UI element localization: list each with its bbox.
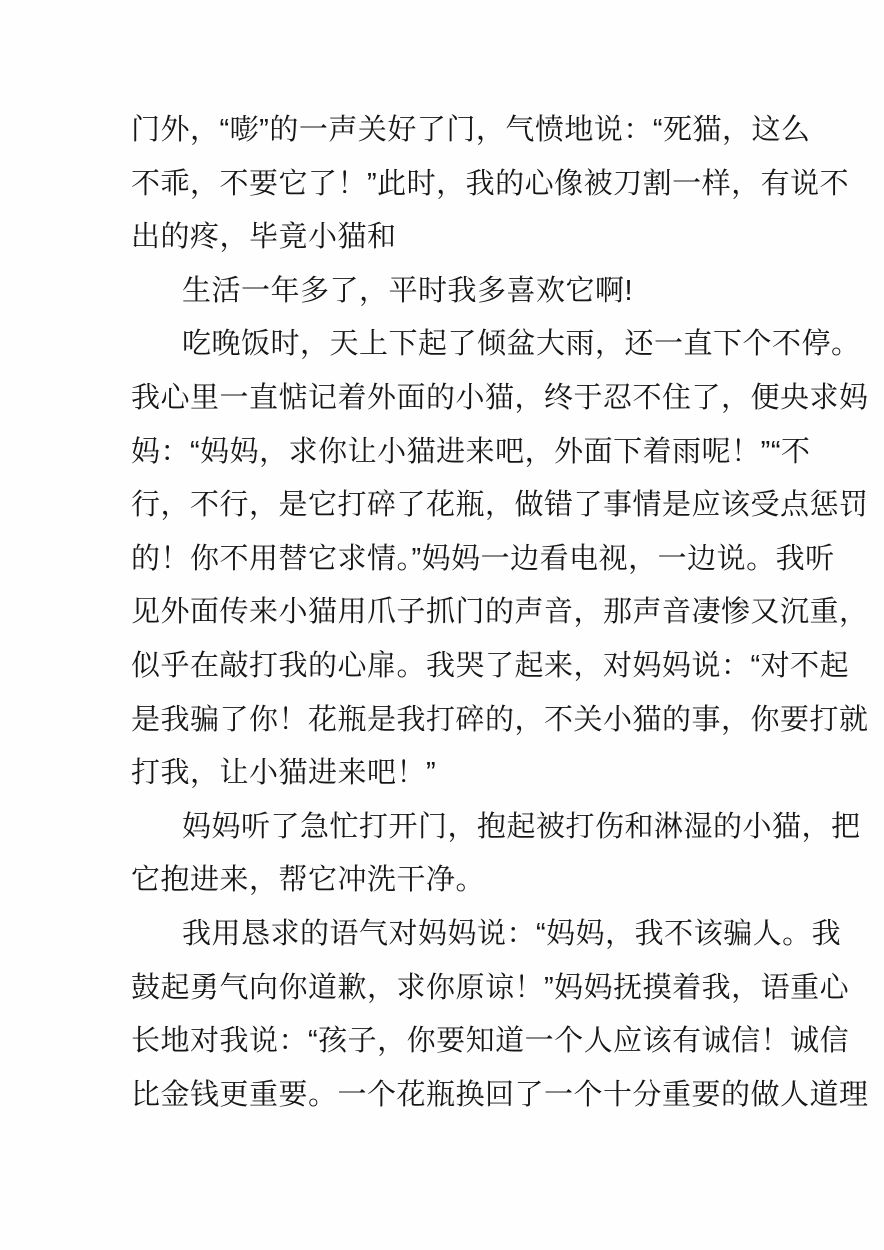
- text-line: 我心里一直惦记着外面的小猫，终于忍不住了，便央求妈: [131, 372, 756, 426]
- document-page: 门外，“嘭”的一声关好了门，气愤地说：“死猫，这么不乖，不要它了！”此时，我的心…: [0, 0, 884, 1250]
- text-line: 似乎在敲打我的心扉。我哭了起来，对妈妈说：“对不起: [131, 640, 756, 694]
- text-line: 不乖，不要它了！”此时，我的心像被刀割一样，有说不: [131, 158, 756, 212]
- text-line: 门外，“嘭”的一声关好了门，气愤地说：“死猫，这么: [131, 104, 756, 158]
- text-line: 见外面传来小猫用爪子抓门的声音，那声音凄惨又沉重，: [131, 586, 756, 640]
- text-line: 出的疼，毕竟小猫和: [131, 211, 756, 265]
- text-line: 妈：“妈妈，求你让小猫进来吧，外面下着雨呢！”“不: [131, 426, 756, 480]
- text-line: 打我，让小猫进来吧！”: [131, 747, 756, 801]
- document-body: 门外，“嘭”的一声关好了门，气愤地说：“死猫，这么不乖，不要它了！”此时，我的心…: [131, 104, 756, 1122]
- text-line: 比金钱更重要。一个花瓶换回了一个十分重要的做人道理: [131, 1069, 756, 1123]
- text-line: 吃晚饭时，天上下起了倾盆大雨，还一直下个不停。: [131, 318, 756, 372]
- text-line: 行，不行，是它打碎了花瓶，做错了事情是应该受点惩罚: [131, 479, 756, 533]
- text-line: 我用恳求的语气对妈妈说：“妈妈，我不该骗人。我: [131, 908, 756, 962]
- text-line: 是我骗了你！花瓶是我打碎的，不关小猫的事，你要打就: [131, 694, 756, 748]
- text-line: 生活一年多了，平时我多喜欢它啊!: [131, 265, 756, 319]
- text-line: 它抱进来，帮它冲洗干净。: [131, 854, 756, 908]
- text-line: 妈妈听了急忙打开门，抱起被打伤和淋湿的小猫，把: [131, 801, 756, 855]
- text-line: 长地对我说：“孩子，你要知道一个人应该有诚信！诚信: [131, 1015, 756, 1069]
- text-line: 鼓起勇气向你道歉，求你原谅！”妈妈抚摸着我，语重心: [131, 962, 756, 1016]
- text-line: 的！你不用替它求情。”妈妈一边看电视，一边说。我听: [131, 533, 756, 587]
